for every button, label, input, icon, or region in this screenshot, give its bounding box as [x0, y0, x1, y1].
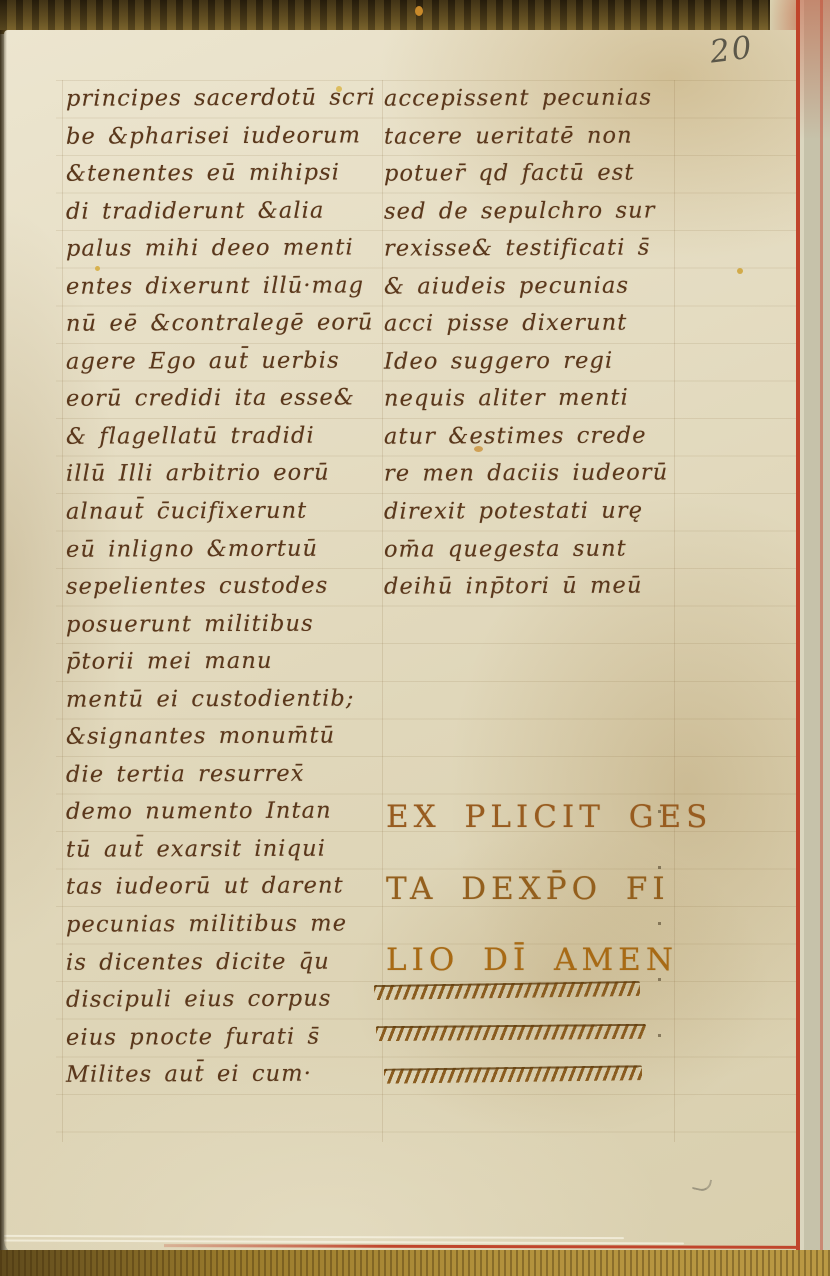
- manuscript-line: accepissent pecunias: [384, 79, 694, 118]
- explicit-line: TA DEXP̄O FI: [386, 854, 712, 926]
- manuscript-line: & flagellatū tradidi: [66, 417, 396, 456]
- book-binding-top-edge: [0, 0, 786, 34]
- manuscript-line: eius pnocte furati s̄: [66, 1018, 396, 1057]
- ink-dot-pricking-marks: [658, 810, 661, 1040]
- pencil-mark: [692, 1176, 712, 1192]
- chain-braid-ornament-row: [384, 1065, 642, 1084]
- stain-speck: [737, 268, 743, 274]
- manuscript-line: Milites aut̄ ei cum·: [66, 1055, 396, 1094]
- manuscript-line: is dicentes dicite q̄u: [66, 943, 396, 982]
- stain-speck: [415, 6, 423, 16]
- manuscript-line: tū aut̄ exarsit iniqui: [66, 830, 396, 869]
- fore-edge-red-ruling: [796, 0, 830, 1254]
- manuscript-line: sed de sepulchro sur: [384, 192, 694, 231]
- manuscript-line: mentū ei custodientib;: [66, 680, 396, 719]
- manuscript-line: principes sacerdotū scri: [66, 79, 396, 118]
- manuscript-line: eū inligno &mortuū: [66, 530, 396, 569]
- text-column-left: principes sacerdotū scribe &pharisei iud…: [66, 80, 396, 1094]
- manuscript-line: &signantes monum̄tū: [66, 718, 396, 757]
- gutter-shadow-left: [0, 30, 7, 1254]
- manuscript-line: direxit potestati urę: [384, 492, 694, 531]
- manuscript-line: die tertia resurrex̄: [66, 755, 396, 794]
- manuscript-line: palus mihi deeo menti: [66, 229, 396, 268]
- manuscript-line: potuer̄ qd factū est: [384, 154, 694, 193]
- manuscript-line: Ideo suggero regi: [384, 342, 694, 381]
- stain-speck: [336, 86, 342, 92]
- manuscript-line: re men daciis iudeorū: [384, 455, 694, 494]
- manuscript-line: tas iudeorū ut darent: [66, 868, 396, 907]
- manuscript-line: p̄torii mei manu: [66, 642, 396, 681]
- chain-braid-ornament-row: [376, 1024, 646, 1041]
- manuscript-line: om̄a quegesta sunt: [384, 530, 694, 569]
- manuscript-line: deihū inp̄tori ū meū: [384, 567, 694, 606]
- manuscript-line: alnaut̄ c̄ucifixerunt: [66, 492, 396, 531]
- gilt-page-edges-bottom: [0, 1250, 830, 1276]
- explicit-colophon: EX PLICIT GESTA DEXP̄O FILIO DĪ AMEN: [386, 782, 712, 997]
- red-border-line-bottom: [164, 1244, 798, 1249]
- manuscript-line: & aiudeis pecunias: [384, 267, 694, 306]
- manuscript-line: acci pisse dixerunt: [384, 305, 694, 344]
- column-guide-line: [62, 80, 63, 1142]
- page-stack-edge-line: [4, 1235, 624, 1239]
- manuscript-line: &tenentes eū mihipsi: [66, 154, 396, 193]
- explicit-line: EX PLICIT GES: [386, 782, 712, 854]
- folio-number: 20: [708, 29, 756, 70]
- manuscript-line: illū Illi arbitrio eorū: [66, 455, 396, 494]
- stain-speck: [474, 446, 483, 452]
- manuscript-line: agere Ego aut̄ uerbis: [66, 342, 396, 381]
- stain-speck: [95, 266, 100, 271]
- manuscript-line: nequis aliter menti: [384, 380, 694, 419]
- manuscript-line: tacere ueritatē non: [384, 117, 694, 156]
- manuscript-line: nū eē &contralegē eorū: [66, 305, 396, 344]
- manuscript-line: eorū credidi ita esse&: [66, 380, 396, 419]
- manuscript-line: sepelientes custodes: [66, 567, 396, 606]
- manuscript-line: rexisse& testificati s̄: [384, 230, 694, 269]
- manuscript-line: posuerunt militibus: [66, 605, 396, 644]
- manuscript-line: be &pharisei iudeorum: [66, 117, 396, 156]
- manuscript-line: atur &estimes crede: [384, 417, 694, 456]
- chain-braid-ornament-row: [374, 981, 640, 1000]
- manuscript-photo: 20 principes sacerdotū scribe &pharisei …: [0, 0, 830, 1276]
- manuscript-line: entes dixerunt illū·mag: [66, 267, 396, 306]
- manuscript-line: discipuli eius corpus: [66, 980, 396, 1019]
- manuscript-line: di tradiderunt &alia: [66, 192, 396, 231]
- text-column-right: accepissent pecuniastacere ueritatē nonp…: [384, 80, 694, 606]
- manuscript-line: pecunias militibus me: [66, 905, 396, 944]
- parchment-page: 20 principes sacerdotū scribe &pharisei …: [4, 30, 798, 1254]
- manuscript-line: demo numento Intan: [66, 793, 396, 832]
